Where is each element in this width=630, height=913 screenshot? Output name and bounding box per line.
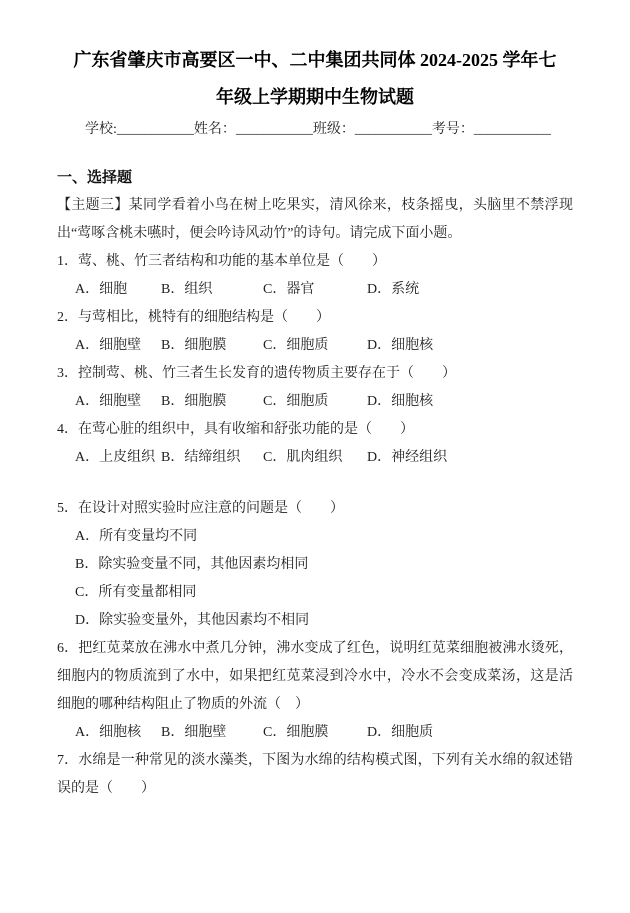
question-3-text: 控制莺、桃、竹三者生长发育的遗传物质主要存在于（ ） [78,366,456,381]
question-3-option-c: C．细胞质 [263,388,367,416]
question-1: 1．莺、桃、竹三者结构和功能的基本单位是（ ） A．细胞 B．组织 C．器官 D… [57,248,573,304]
name-field: 姓名：___________ [194,122,313,137]
question-6-number: 6． [57,641,78,656]
question-6-option-a: A．细胞核 [75,719,161,747]
question-5: 5．在设计对照实验时应注意的问题是（ ） A．所有变量均不同 B．除实验变量不同… [57,495,573,635]
class-blank: ___________ [355,122,432,137]
question-3-option-b: B．细胞膜 [161,388,263,416]
question-7-text: 水绵是一种常见的淡水藻类，下图为水绵的结构模式图，下列有关水绵的叙述错误的是（ … [57,753,573,796]
exam-number-field: 考号：___________ [432,122,551,137]
exam-title-line-1: 广东省肇庆市高要区一中、二中集团共同体 2024-2025 学年七 [57,42,573,79]
student-info-line: 学校:___________姓名：___________班级：_________… [85,116,573,144]
name-label: 姓名： [194,122,236,137]
question-4-options: A．上皮组织 B．结缔组织 C．肌肉组织 D．神经组织 [75,444,573,472]
question-4-number: 4． [57,422,78,437]
question-2-option-a: A．细胞壁 [75,332,161,360]
name-blank: ___________ [236,122,313,137]
question-4-text: 在莺心脏的组织中，具有收缩和舒张功能的是（ ） [78,422,414,437]
question-1-option-d: D．系统 [367,276,573,304]
question-5-stem: 5．在设计对照实验时应注意的问题是（ ） [57,495,573,523]
question-7: 7．水绵是一种常见的淡水藻类，下图为水绵的结构模式图，下列有关水绵的叙述错误的是… [57,747,573,803]
question-3-stem: 3．控制莺、桃、竹三者生长发育的遗传物质主要存在于（ ） [57,360,573,388]
question-5-text: 在设计对照实验时应注意的问题是（ ） [78,501,344,516]
question-1-option-c: C．器官 [263,276,367,304]
question-6-text: 把红苋菜放在沸水中煮几分钟，沸水变成了红色，说明红苋菜细胞被沸水烫死，细胞内的物… [57,641,573,712]
question-6-option-c: C．细胞膜 [263,719,367,747]
question-1-number: 1． [57,254,78,269]
question-2-options: A．细胞壁 B．细胞膜 C．细胞质 D．细胞核 [75,332,573,360]
question-2-text: 与莺相比，桃特有的细胞结构是（ ） [78,310,330,325]
question-3-option-d: D．细胞核 [367,388,573,416]
question-2-option-d: D．细胞核 [367,332,573,360]
question-5-option-a: A．所有变量均不同 [75,523,573,551]
question-6-option-b: B．细胞壁 [161,719,263,747]
question-5-option-c: C．所有变量都相同 [75,579,573,607]
exam-title: 广东省肇庆市高要区一中、二中集团共同体 2024-2025 学年七 年级上学期期… [57,42,573,116]
school-field: 学校:___________ [85,122,194,137]
question-3-options: A．细胞壁 B．细胞膜 C．细胞质 D．细胞核 [75,388,573,416]
exam-number-blank: ___________ [474,122,551,137]
question-4: 4．在莺心脏的组织中，具有收缩和舒张功能的是（ ） A．上皮组织 B．结缔组织 … [57,416,573,472]
question-6: 6．把红苋菜放在沸水中煮几分钟，沸水变成了红色，说明红苋菜细胞被沸水烫死，细胞内… [57,635,573,747]
question-3-option-a: A．细胞壁 [75,388,161,416]
question-2: 2．与莺相比，桃特有的细胞结构是（ ） A．细胞壁 B．细胞膜 C．细胞质 D．… [57,304,573,360]
question-3: 3．控制莺、桃、竹三者生长发育的遗传物质主要存在于（ ） A．细胞壁 B．细胞膜… [57,360,573,416]
exam-number-label: 考号： [432,122,474,137]
school-label: 学校: [85,122,117,137]
question-4-option-c: C．肌肉组织 [263,444,367,472]
exam-paper-page: 广东省肇庆市高要区一中、二中集团共同体 2024-2025 学年七 年级上学期期… [0,0,630,913]
question-5-option-b: B．除实验变量不同，其他因素均相同 [75,551,573,579]
question-2-stem: 2．与莺相比，桃特有的细胞结构是（ ） [57,304,573,332]
question-5-options: A．所有变量均不同 B．除实验变量不同，其他因素均相同 C．所有变量都相同 D．… [57,523,573,635]
question-6-options: A．细胞核 B．细胞壁 C．细胞膜 D．细胞质 [75,719,573,747]
passage-theme-three: 【主题三】某同学看着小鸟在树上吃果实，清风徐来，枝条摇曳，头脑里不禁浮现出“莺啄… [57,192,573,248]
section-heading-multiple-choice: 一、选择题 [57,164,573,192]
question-2-option-b: B．细胞膜 [161,332,263,360]
exam-title-line-2: 年级上学期期中生物试题 [57,79,573,116]
question-7-number: 7． [57,753,78,768]
question-3-number: 3． [57,366,78,381]
question-1-option-a: A．细胞 [75,276,161,304]
question-1-option-b: B．组织 [161,276,263,304]
question-1-stem: 1．莺、桃、竹三者结构和功能的基本单位是（ ） [57,248,573,276]
class-field: 班级：___________ [313,122,432,137]
question-4-option-a: A．上皮组织 [75,444,161,472]
question-4-stem: 4．在莺心脏的组织中，具有收缩和舒张功能的是（ ） [57,416,573,444]
question-4-option-b: B．结缔组织 [161,444,263,472]
question-4-option-d: D．神经组织 [367,444,573,472]
question-2-number: 2． [57,310,78,325]
question-1-options: A．细胞 B．组织 C．器官 D．系统 [75,276,573,304]
question-5-option-d: D．除实验变量外，其他因素均不相同 [75,607,573,635]
question-6-stem: 6．把红苋菜放在沸水中煮几分钟，沸水变成了红色，说明红苋菜细胞被沸水烫死，细胞内… [57,635,573,719]
question-2-option-c: C．细胞质 [263,332,367,360]
question-7-stem: 7．水绵是一种常见的淡水藻类，下图为水绵的结构模式图，下列有关水绵的叙述错误的是… [57,747,573,803]
class-label: 班级： [313,122,355,137]
school-blank: ___________ [117,122,194,137]
question-1-text: 莺、桃、竹三者结构和功能的基本单位是（ ） [78,254,386,269]
question-6-option-d: D．细胞质 [367,719,573,747]
question-5-number: 5． [57,501,78,516]
